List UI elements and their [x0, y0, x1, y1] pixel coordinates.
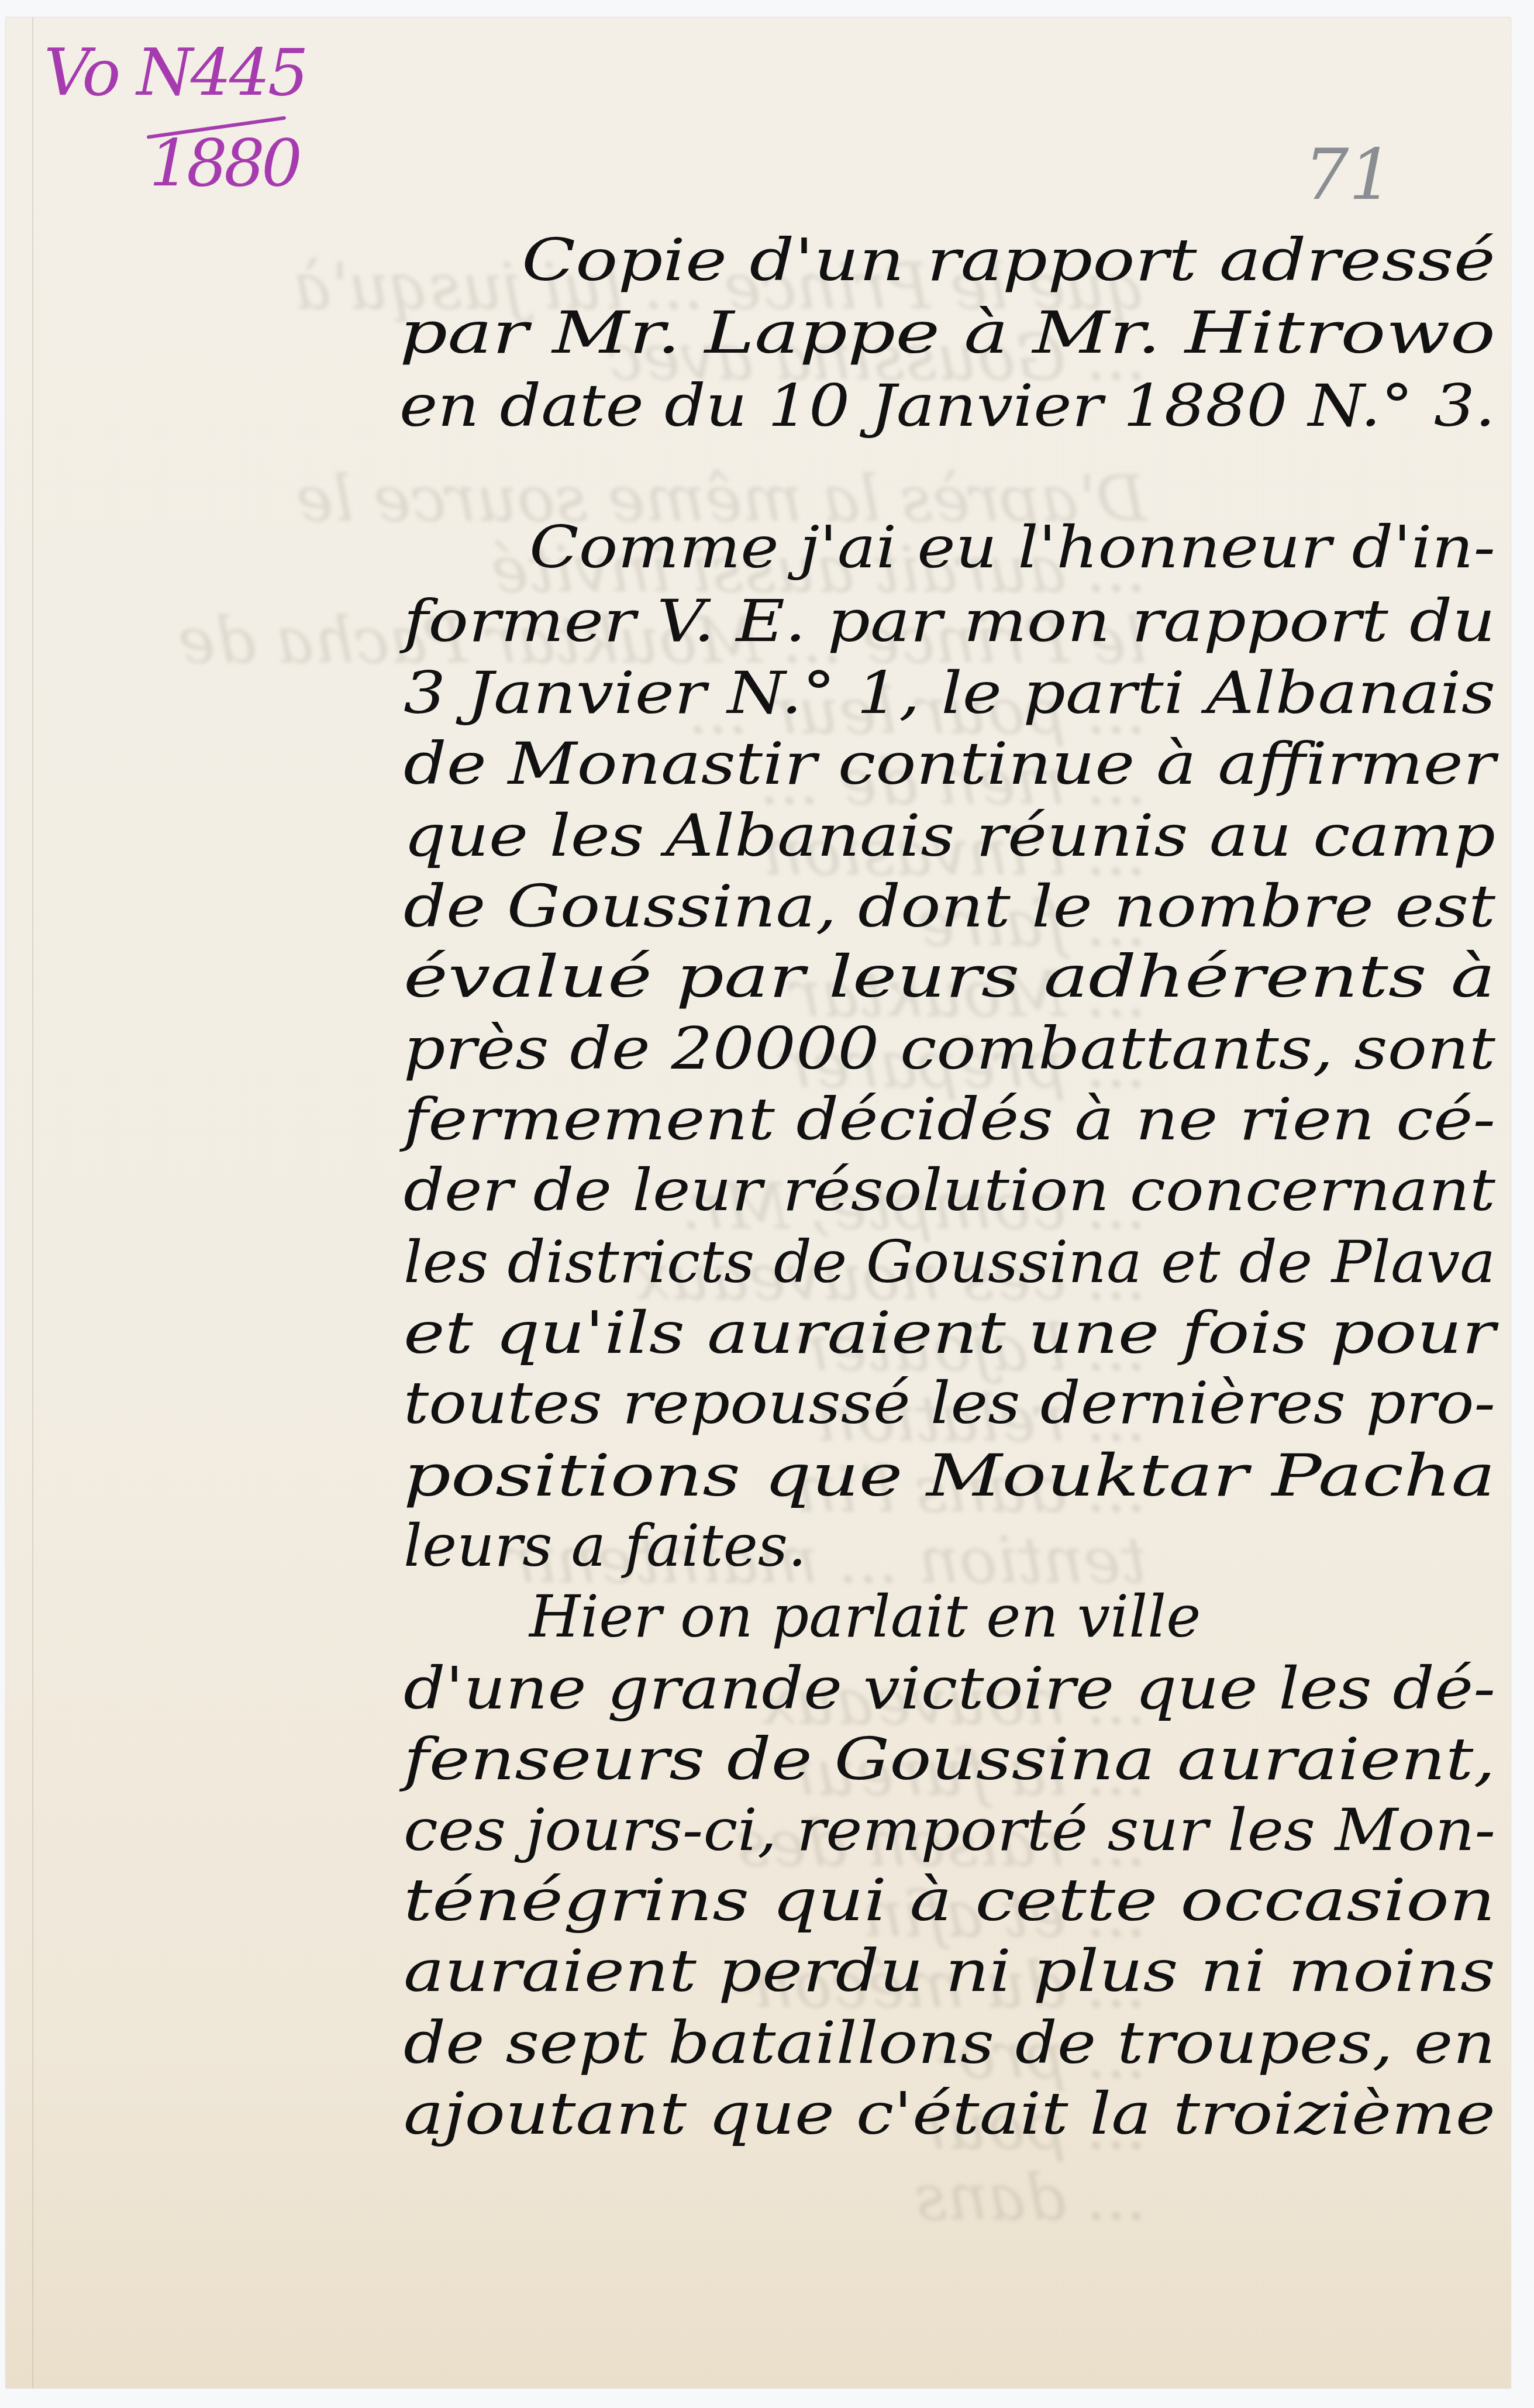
- body-line: 3 Janvier N.° 1, le parti Albanais: [404, 664, 1495, 722]
- archive-year-annotation: 1880: [149, 126, 299, 201]
- body-line: fermement décidés à ne rien cé-: [404, 1090, 1495, 1149]
- fold-line: [32, 18, 33, 2388]
- body-line: former V. E. par mon rapport du: [404, 592, 1495, 650]
- body-line: Hier on parlait en ville: [529, 1587, 1201, 1646]
- body-line: toutes repoussé les dernières pro-: [404, 1374, 1495, 1432]
- body-line: leurs a faites.: [404, 1517, 806, 1575]
- body-line: der de leur résolution concernant: [404, 1161, 1495, 1219]
- body-line: que les Albanais réunis au camp: [404, 807, 1495, 865]
- heading-line: Copie d'un rapport adressé: [522, 231, 1495, 290]
- body-line: fenseurs de Goussina auraient,: [404, 1730, 1495, 1789]
- body-line: près de 20000 combattants, sont: [404, 1019, 1495, 1078]
- body-line: de sept bataillons de troupes, en: [404, 2014, 1495, 2072]
- archive-number-annotation: Vo N445: [44, 35, 306, 110]
- body-line: ténégrins qui à cette occasion: [404, 1871, 1495, 1930]
- body-line: d'une grande victoire que les dé-: [404, 1659, 1495, 1718]
- body-line: positions que Mouktar Pacha: [404, 1446, 1495, 1505]
- body-line: Comme j'ai eu l'honneur d'in-: [529, 518, 1495, 577]
- body-line: ajoutant que c'était la troizième: [404, 2085, 1495, 2143]
- heading-line: en date du 10 Janvier 1880 N.° 3.: [399, 377, 1495, 435]
- body-line: ces jours-ci, remporté sur les Mon-: [404, 1801, 1495, 1859]
- body-line: évalué par leurs adhérents à: [404, 948, 1495, 1006]
- body-line: de Goussina, dont le nombre est: [404, 877, 1495, 936]
- body-line: et qu'ils auraient une fois pour: [404, 1304, 1495, 1362]
- folio-number: 71: [1304, 135, 1394, 216]
- body-line: de Monastir continue à affirmer: [404, 735, 1495, 793]
- heading-line: par Mr. Lappe à Mr. Hitrowo: [399, 304, 1495, 362]
- body-line: les districts de Goussina et de Plava: [404, 1233, 1495, 1291]
- body-line: auraient perdu ni plus ni moins: [404, 1942, 1495, 2000]
